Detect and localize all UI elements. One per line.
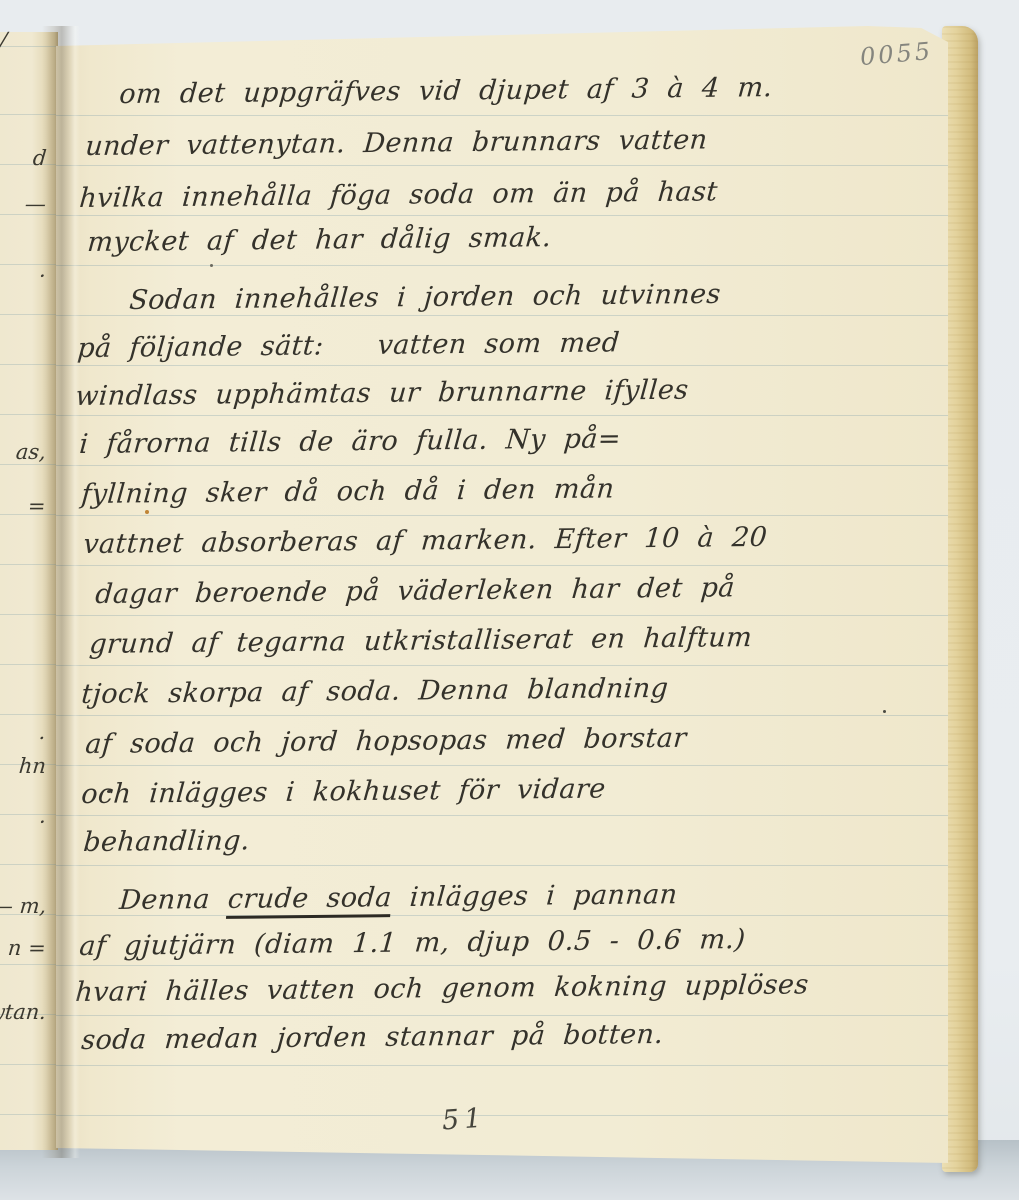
handwriting-line: mycket af det har dålig smak. bbox=[86, 221, 553, 260]
handwriting-line: behandling. bbox=[82, 824, 251, 860]
scanned-notebook-page: / d — · as, = . hn · — m, n = ytan. 0055… bbox=[0, 0, 1019, 1200]
handwriting-line: under vattenytan. Denna brunnars vatten bbox=[84, 123, 709, 164]
margin-fragment: hn bbox=[18, 754, 47, 778]
underlined-phrase: crude soda bbox=[226, 882, 393, 919]
margin-fragment: / bbox=[0, 28, 8, 52]
handwriting-line: soda medan jorden stannar på botten. bbox=[80, 1018, 665, 1058]
paper-speck bbox=[210, 264, 213, 267]
margin-fragment: — bbox=[24, 192, 47, 216]
handwriting-text: Denna bbox=[118, 884, 229, 916]
paper-speck bbox=[883, 710, 886, 713]
paper-speck bbox=[107, 790, 111, 793]
margin-fragment: ytan. bbox=[0, 1000, 47, 1024]
margin-fragment: · bbox=[38, 264, 47, 288]
handwriting-line: på följande sätt: vatten som med bbox=[76, 326, 621, 366]
handwriting-line: i fårorna tills de äro fulla. Ny på= bbox=[78, 422, 622, 462]
margin-fragment: as, bbox=[15, 440, 47, 464]
page-number: 51 bbox=[441, 1102, 487, 1136]
handwriting-line: Sodan innehålles i jorden och utvinnes bbox=[128, 278, 722, 318]
handwriting-line: fyllning sker då och då i den mån bbox=[80, 472, 616, 512]
handwriting-line: Denna crude soda inlägges i pannan bbox=[118, 878, 679, 918]
margin-fragment: = bbox=[27, 494, 47, 518]
handwriting-line: af soda och jord hopsopas med borstar bbox=[84, 722, 688, 762]
margin-fragment: — m, bbox=[0, 894, 47, 918]
margin-fragment: · bbox=[38, 810, 47, 834]
handwriting-line: dagar beroende på väderleken har det på bbox=[94, 571, 736, 612]
handwriting-line: och inlägges i kokhuset för vidare bbox=[80, 773, 607, 812]
facing-page-sliver: / d — · as, = . hn · — m, n = ytan. bbox=[0, 32, 58, 1150]
handwriting-line: af gjutjärn (diam 1.1 m, djup 0.5 - 0.6 … bbox=[78, 923, 747, 964]
handwriting-text: inlägges i pannan bbox=[391, 879, 679, 913]
margin-fragment: . bbox=[38, 720, 47, 744]
handwriting-line: windlass upphämtas ur brunnarne ifylles bbox=[74, 374, 690, 414]
handwriting-line: tjock skorpa af soda. Denna blandning bbox=[80, 672, 670, 712]
paper-speck bbox=[145, 510, 149, 514]
handwriting-line: om det uppgräfves vid djupet af 3 à 4 m. bbox=[118, 71, 774, 112]
margin-fragment: d bbox=[31, 146, 47, 170]
handwriting-line: hvilka innehålla föga soda om än på hast bbox=[78, 175, 719, 216]
handwriting-line: grund af tegarna utkristalliserat en hal… bbox=[88, 621, 754, 662]
handwriting-line: vattnet absorberas af marken. Efter 10 à… bbox=[82, 521, 769, 562]
margin-fragment: n = bbox=[7, 936, 47, 960]
